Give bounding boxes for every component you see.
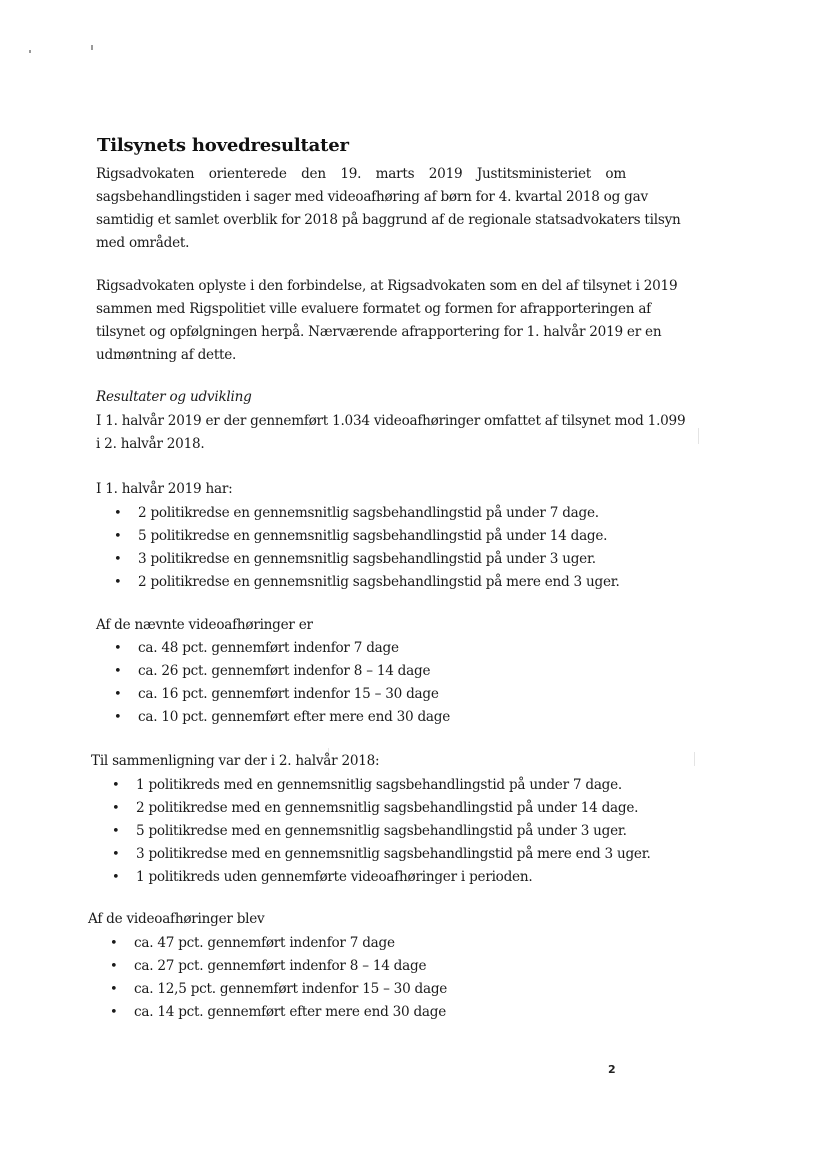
list-item: •ca. 27 pct. gennemført indenfor 8 – 14 …	[110, 958, 426, 975]
word: 2019	[429, 166, 463, 183]
subheading-results: Resultater og udvikling	[96, 389, 626, 406]
list-item: •1 politikreds uden gennemførte videoafh…	[112, 869, 532, 886]
list-item: •ca. 48 pct. gennemført indenfor 7 dage	[114, 640, 399, 657]
paragraph-2-line-2: sammen med Rigspolitiet ville evaluere f…	[96, 301, 626, 318]
list-item: •2 politikredse en gennemsnitlig sagsbeh…	[114, 505, 599, 522]
paragraph-2-line-4: udmøntning af dette.	[96, 347, 626, 364]
page-number: 2	[608, 1063, 616, 1076]
list-item: •ca. 12,5 pct. gennemført indenfor 15 – …	[110, 981, 447, 998]
word: marts	[376, 166, 415, 183]
bullet-icon: •	[114, 640, 138, 657]
bullet-icon: •	[114, 663, 138, 680]
paragraph-2-line-3: tilsynet og opfølgningen herpå. Nærværen…	[96, 324, 626, 341]
bullet-icon: •	[110, 958, 134, 975]
bullet-icon: •	[110, 935, 134, 952]
bullet-icon: •	[112, 823, 136, 840]
scan-artifact	[91, 45, 93, 50]
scan-artifact	[698, 428, 699, 444]
list-item: •ca. 47 pct. gennemført indenfor 7 dage	[110, 935, 395, 952]
list-item: •ca. 14 pct. gennemført efter mere end 3…	[110, 1004, 446, 1021]
list-item: •1 politikreds med en gennemsnitlig sags…	[112, 777, 622, 794]
paragraph-1-line-4: med området.	[96, 235, 626, 252]
h1-2019-intro: I 1. halvår 2019 har:	[96, 481, 626, 498]
bullet-icon: •	[112, 800, 136, 817]
word: om	[605, 166, 626, 183]
h2-2018-intro: Til sammenligning var der i 2. halvår 20…	[91, 753, 621, 770]
paragraph-1-line-2: sagsbehandlingstiden i sager med videoaf…	[96, 189, 626, 206]
word: 19.	[340, 166, 361, 183]
scan-artifact	[694, 752, 695, 766]
scan-artifact	[29, 50, 31, 53]
bullet-icon: •	[114, 574, 138, 591]
h1-2019-pct-intro: Af de nævnte videoafhøringer er	[96, 617, 626, 634]
list-item: •5 politikredse med en gennemsnitlig sag…	[112, 823, 627, 840]
bullet-icon: •	[114, 686, 138, 703]
word: Rigsadvokaten	[96, 166, 194, 183]
word: orienterede	[209, 166, 287, 183]
list-item: •3 politikredse en gennemsnitlig sagsbeh…	[114, 551, 596, 568]
paragraph-1-line-3: samtidig et samlet overblik for 2018 på …	[96, 212, 626, 229]
list-item: •ca. 26 pct. gennemført indenfor 8 – 14 …	[114, 663, 430, 680]
bullet-icon: •	[112, 846, 136, 863]
word: Justitsministeriet	[477, 166, 591, 183]
bullet-icon: •	[110, 1004, 134, 1021]
bullet-icon: •	[114, 709, 138, 726]
list-item: •2 politikredse med en gennemsnitlig sag…	[112, 800, 638, 817]
paragraph-2-line-1: Rigsadvokaten oplyste i den forbindelse,…	[96, 278, 626, 295]
bullet-icon: •	[112, 869, 136, 886]
list-item: •5 politikredse en gennemsnitlig sagsbeh…	[114, 528, 607, 545]
bullet-icon: •	[114, 528, 138, 545]
list-item: •ca. 10 pct. gennemført efter mere end 3…	[114, 709, 450, 726]
bullet-icon: •	[112, 777, 136, 794]
document-page: Tilsynets hovedresultater Rigsadvokaten …	[0, 0, 828, 1169]
section-heading: Tilsynets hovedresultater	[97, 135, 349, 156]
list-item: •3 politikredse med en gennemsnitlig sag…	[112, 846, 651, 863]
list-item: •2 politikredse en gennemsnitlig sagsbeh…	[114, 574, 620, 591]
bullet-icon: •	[110, 981, 134, 998]
results-line-2: i 2. halvår 2018.	[96, 436, 626, 453]
paragraph-1-line-1: Rigsadvokaten orienterede den 19. marts …	[96, 166, 626, 183]
list-item: •ca. 16 pct. gennemført indenfor 15 – 30…	[114, 686, 439, 703]
bullet-icon: •	[114, 505, 138, 522]
h2-2018-pct-intro: Af de videoafhøringer blev	[88, 911, 618, 928]
results-line-1: I 1. halvår 2019 er der gennemført 1.034…	[96, 413, 626, 430]
bullet-icon: •	[114, 551, 138, 568]
word: den	[301, 166, 326, 183]
